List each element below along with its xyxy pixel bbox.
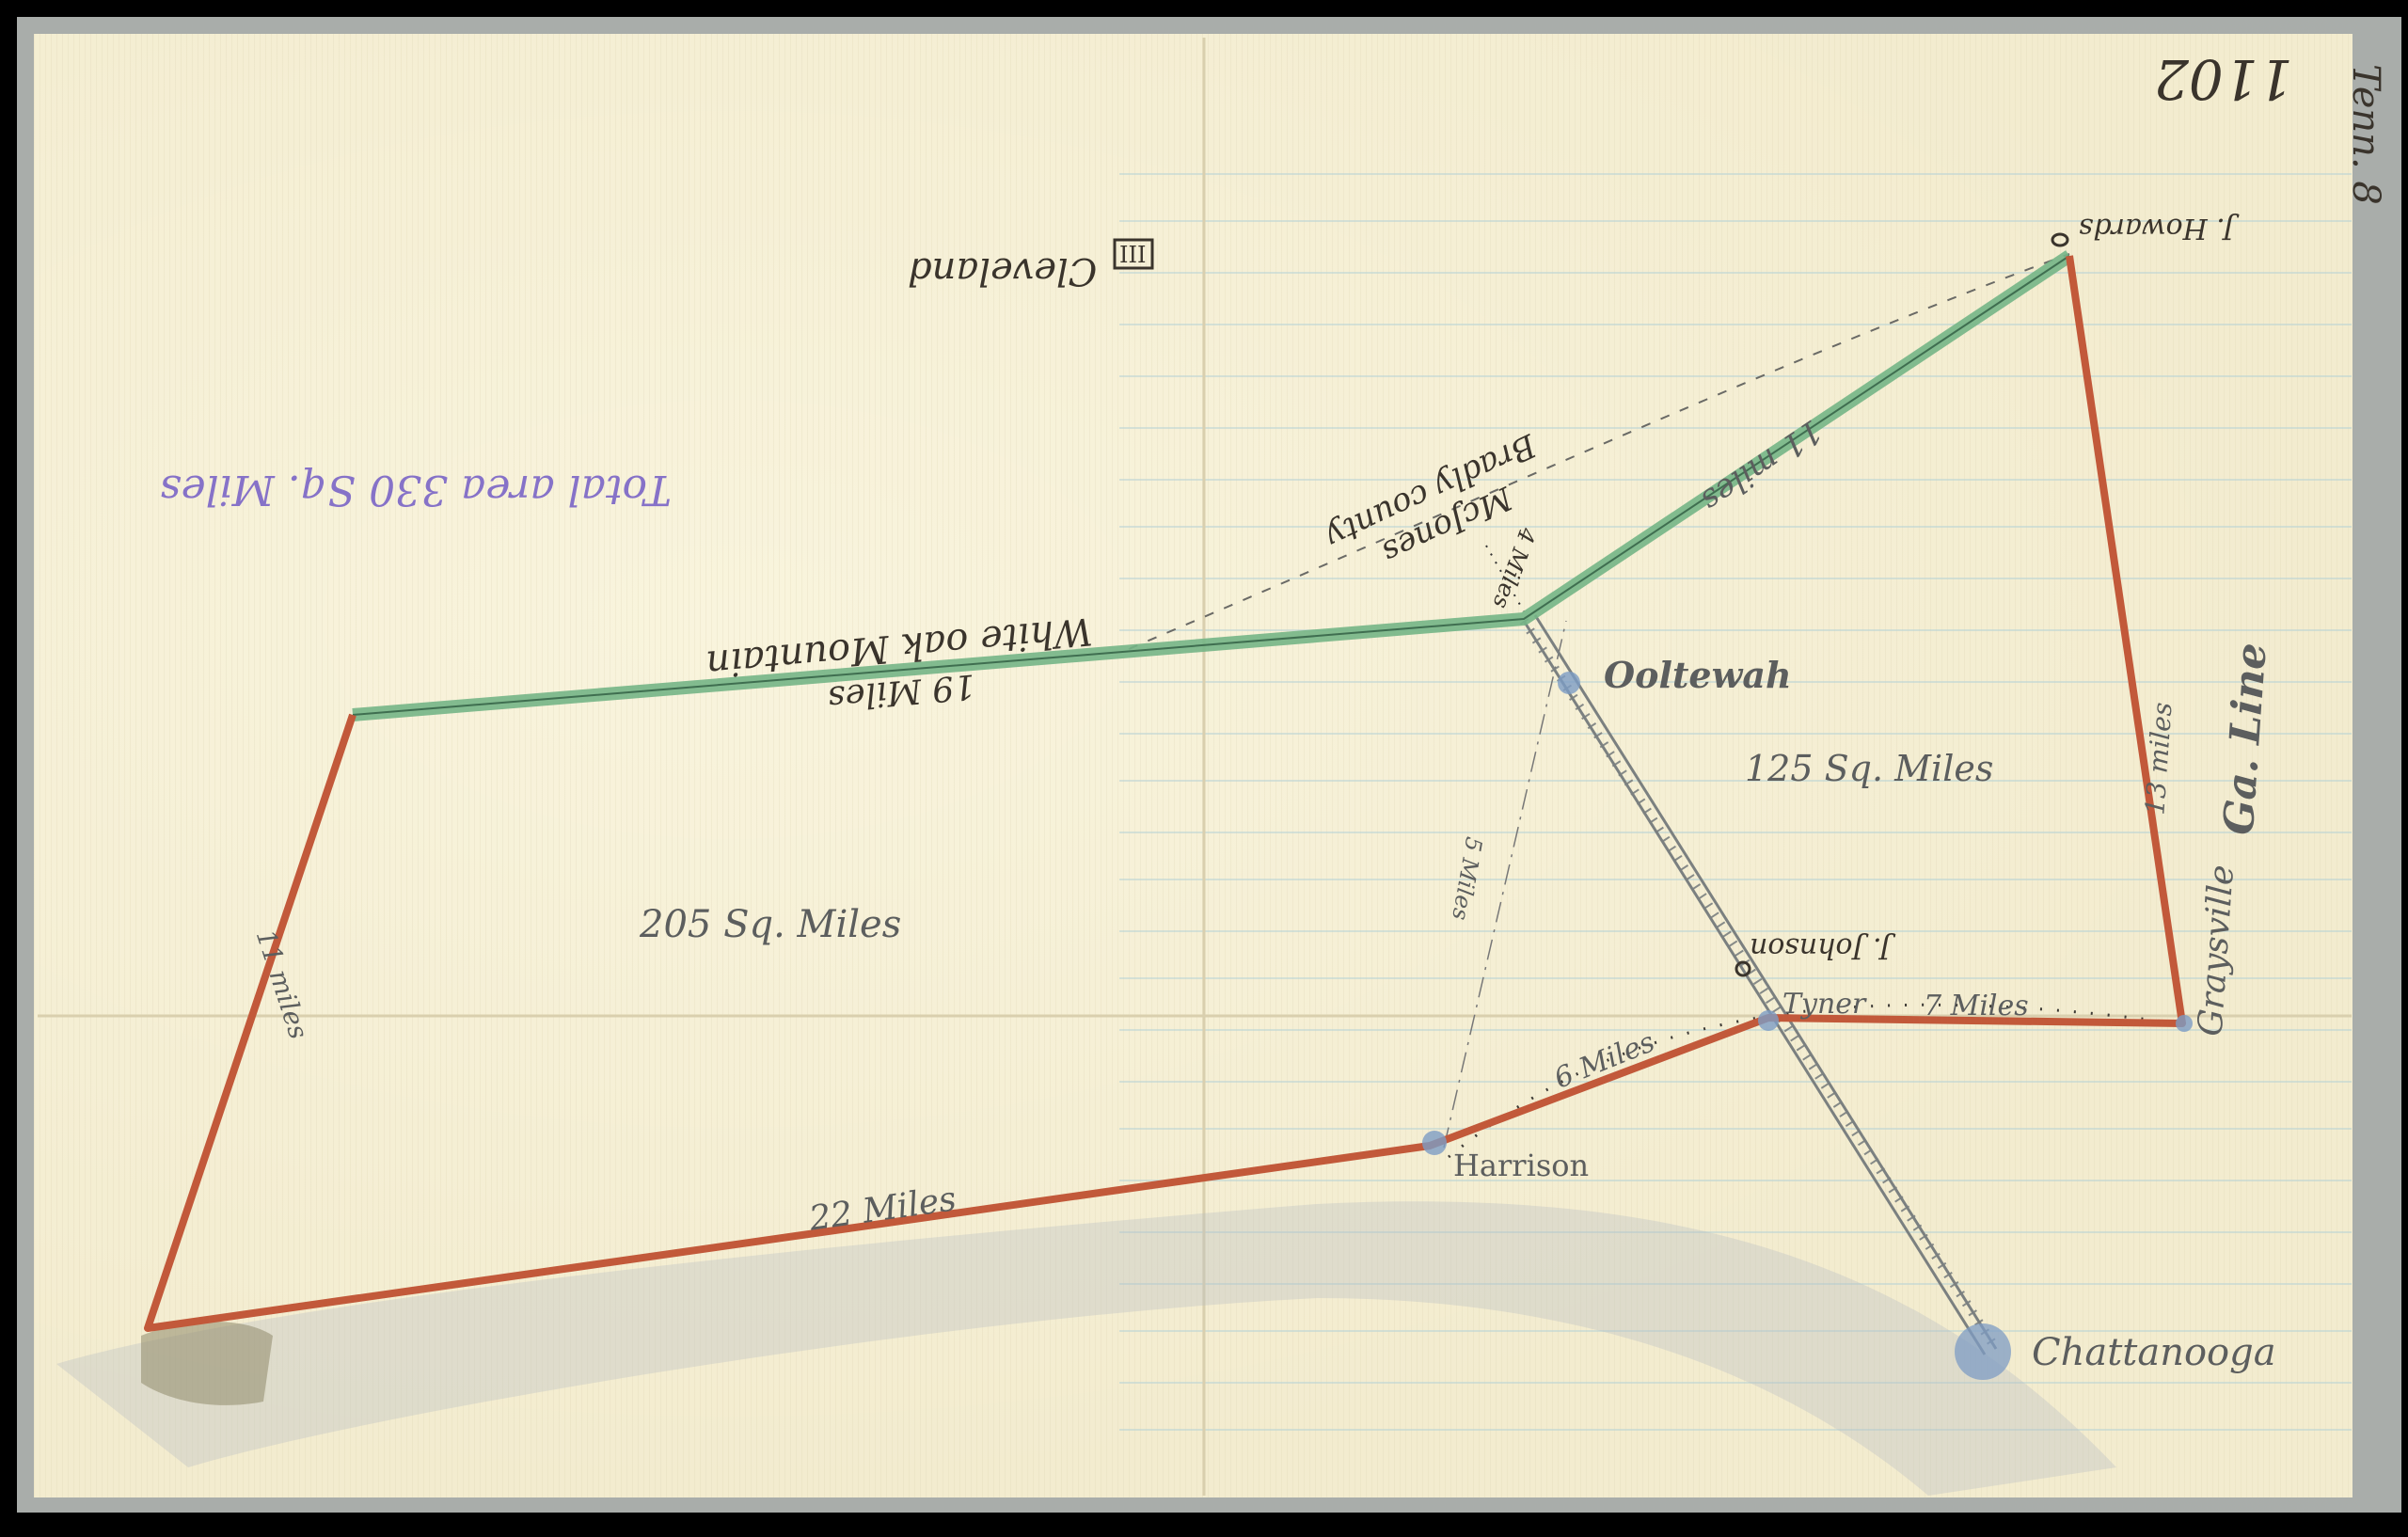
- place-j-johnson: J. Johnson: [1750, 931, 1891, 964]
- place-j-howards: J. Howards: [2079, 212, 2235, 245]
- river-bank-shadow: [141, 1322, 273, 1405]
- corner-note: Tenn. 8: [2344, 64, 2387, 205]
- area-east: 125 Sq. Miles: [1745, 748, 1993, 789]
- tennessee-river-wash: [56, 1201, 2116, 1496]
- area-west: 205 Sq. Miles: [640, 903, 901, 946]
- distance-tyner-graysville: 7 Miles: [1924, 990, 2029, 1022]
- catalog-number: 1102: [2154, 47, 2293, 111]
- cleveland-marker: III: [1119, 240, 1146, 266]
- place-ooltewah: Ooltewah: [1604, 654, 1792, 696]
- place-chattanooga: Chattanooga: [2032, 1331, 2276, 1374]
- survey-map-drawing: [0, 0, 2408, 1537]
- place-cleveland: Cleveland: [908, 249, 1097, 293]
- place-harrison: Harrison: [1453, 1148, 1589, 1183]
- total-area-label: Total area 330 Sq. Miles: [160, 466, 672, 514]
- place-tyner: Tyner: [1782, 988, 1865, 1021]
- red-boundary: [148, 256, 2182, 1328]
